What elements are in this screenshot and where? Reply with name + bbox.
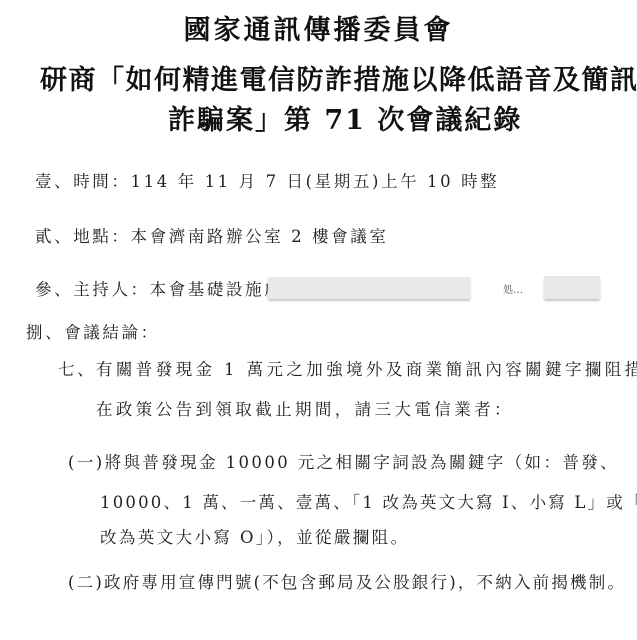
meeting-place: 貳、地點：本會濟南路辦公室 2 樓會議室 [35, 223, 389, 247]
sub-item-1-line-3: 改為英文大小寫 O」），並從嚴攔阻。 [100, 524, 409, 548]
meeting-title-line-1: 研商「如何精進電信防詐措施以降低語音及簡訊 [40, 58, 637, 97]
organization-title: 國家通訊傳播委員會 [0, 8, 637, 47]
meeting-time: 壹、時間：114 年 11 月 7 日(星期五)上午 10 時整 [35, 168, 499, 192]
meeting-host: 參、主持人：本會基礎設施處 [35, 276, 283, 300]
redaction-box [268, 277, 470, 299]
sub-item-2-line-1: (二)政府專用宣傳門號(不包含郵局及公股銀行)，不納入前揭機制。 [68, 569, 626, 593]
sub-item-1-line-2: 10000、1 萬、一萬、壹萬、「1 改為英文大寫 I、小寫 L」或「0000 [100, 489, 637, 513]
item-7-line-1: 有關普發現金 1 萬元之加強境外及商業簡訊內容關鍵字攔阻措施， [96, 356, 637, 380]
item-number: 七、 [58, 356, 96, 380]
document-page: 國家通訊傳播委員會 研商「如何精進電信防詐措施以降低語音及簡訊 詐騙案」第 71… [0, 0, 637, 640]
meeting-title-line-2: 詐騙案」第 71 次會議紀錄 [168, 98, 522, 137]
host-title-fragment: 処… [503, 281, 523, 296]
conclusions-heading: 捌、會議結論： [26, 319, 160, 343]
redaction-box [544, 276, 600, 299]
sub-item-1-line-1: (一)將與普發現金 10000 元之相關字詞設為關鍵字（如：普發、 [68, 449, 619, 473]
item-7-line-2: 在政策公告到領取截止期間，請三大電信業者： [96, 396, 514, 420]
